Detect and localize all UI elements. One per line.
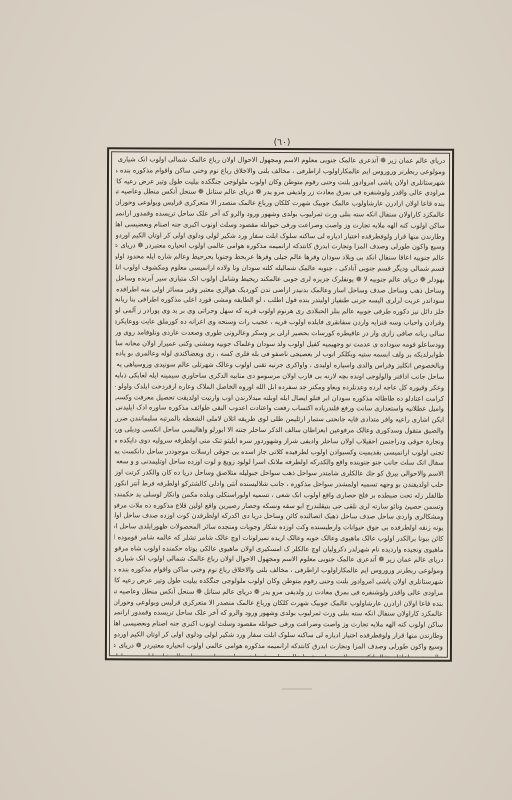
page-number: (٦٠) <box>262 138 302 148</box>
text-frame: دریای عالم عمان زیر ❁ آتدعری عالمک جنوبی… <box>105 147 454 662</box>
text-line: سالی ربانه صافی زاری وار در عاقیطره کورس… <box>115 327 444 339</box>
text-line: بهودلر ❁ دریای عالم جنوبیه لا ❁ یونفلرک … <box>116 273 445 285</box>
text-line: ونجارة حوقی ودراجنمن احقیلاب اولان ساحلر… <box>115 435 444 447</box>
text-line: ومولوعی ربطرنر وروروس ایم عالمکاراولوب ا… <box>116 165 445 177</box>
text-line: وعکر وقیوره کل عاجه لرده وعدنلرده وبعاو … <box>115 381 444 393</box>
paper-smudge <box>282 688 312 690</box>
document-body: دریای عالم عمان زیر ❁ آتدعری عالمک جنوبی… <box>114 154 445 657</box>
text-line: طالفلر زله تحت ضبطده بر فلج حصاری واقع ا… <box>115 489 444 501</box>
text-line: ساکن اولوب کنه الهه ملایه تجارت وز واصت … <box>116 219 445 231</box>
text-frame-inner: دریای عالم عمان زیر ❁ آتدعری عالمک جنوبی… <box>109 151 450 657</box>
